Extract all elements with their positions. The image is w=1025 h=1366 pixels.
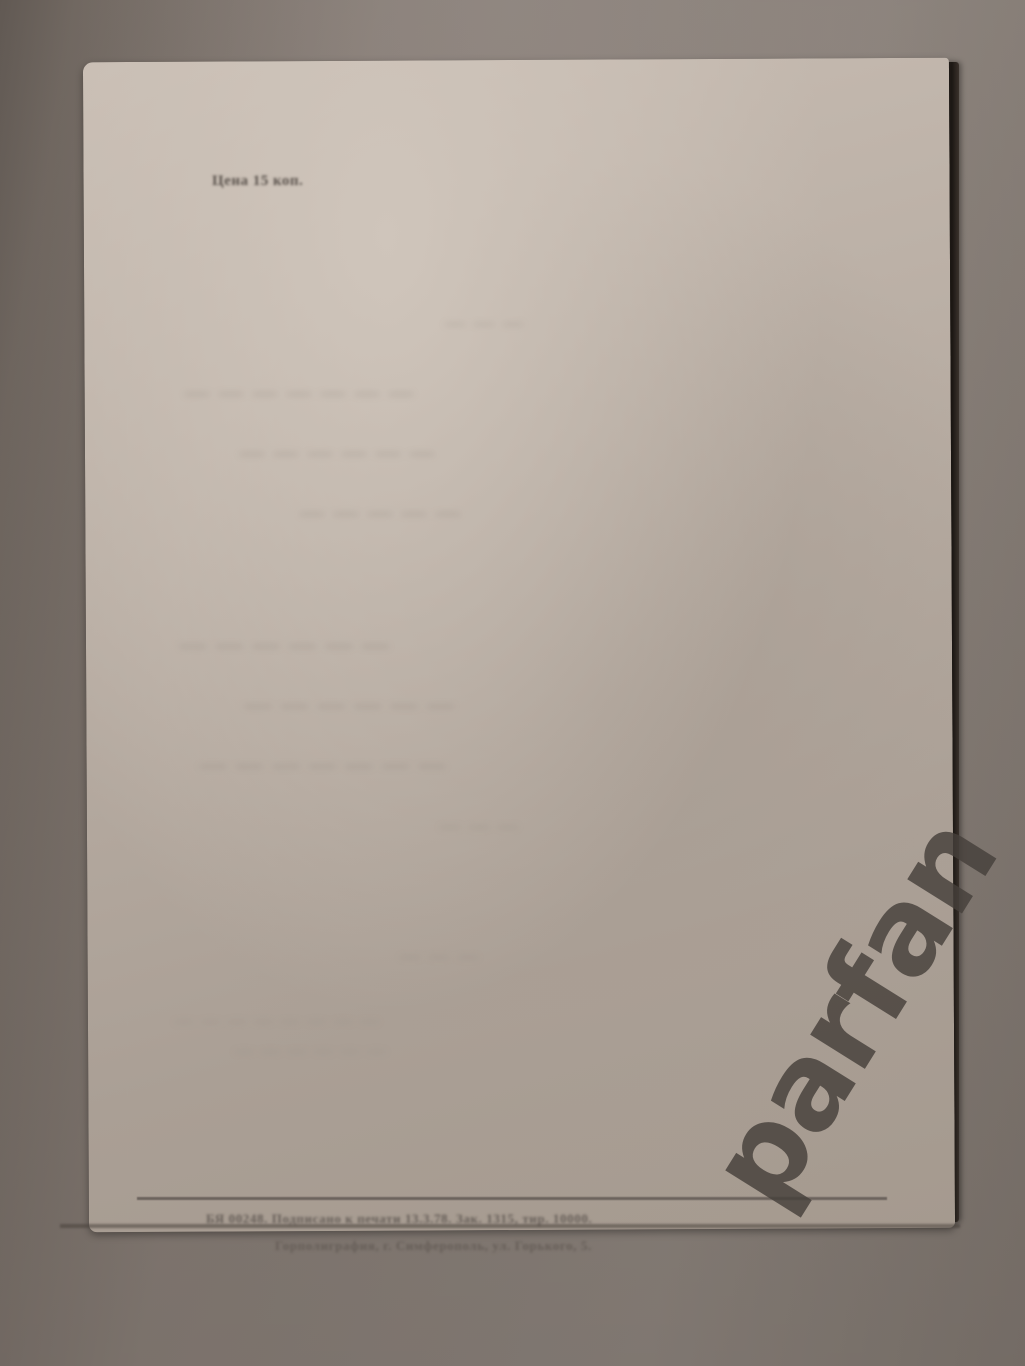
bleedthrough-text: — — — — — —: [245, 690, 456, 720]
bleedthrough-text: — — —: [445, 312, 525, 335]
bleedthrough-text: — — — — — —: [235, 1040, 388, 1061]
bleedthrough-text: — — — — — — —: [185, 380, 415, 407]
cover-bottom-edge: [60, 1224, 960, 1228]
bleedthrough-text: — — — — — —: [240, 440, 436, 467]
price-label: Цена 15 коп.: [212, 173, 303, 190]
bleedthrough-text: — — — — — —: [180, 630, 391, 660]
bleedthrough-text: — — — — — — — —: [175, 1010, 381, 1031]
bleedthrough-text: — — — — —: [300, 500, 462, 527]
bleedthrough-text: — — —: [440, 815, 520, 838]
bleedthrough-text: — — — — — — —: [200, 750, 447, 780]
imprint-line: Горполиграфия, г. Симферополь, ул. Горьк…: [275, 1238, 592, 1254]
bleedthrough-text: — — —: [400, 945, 480, 968]
